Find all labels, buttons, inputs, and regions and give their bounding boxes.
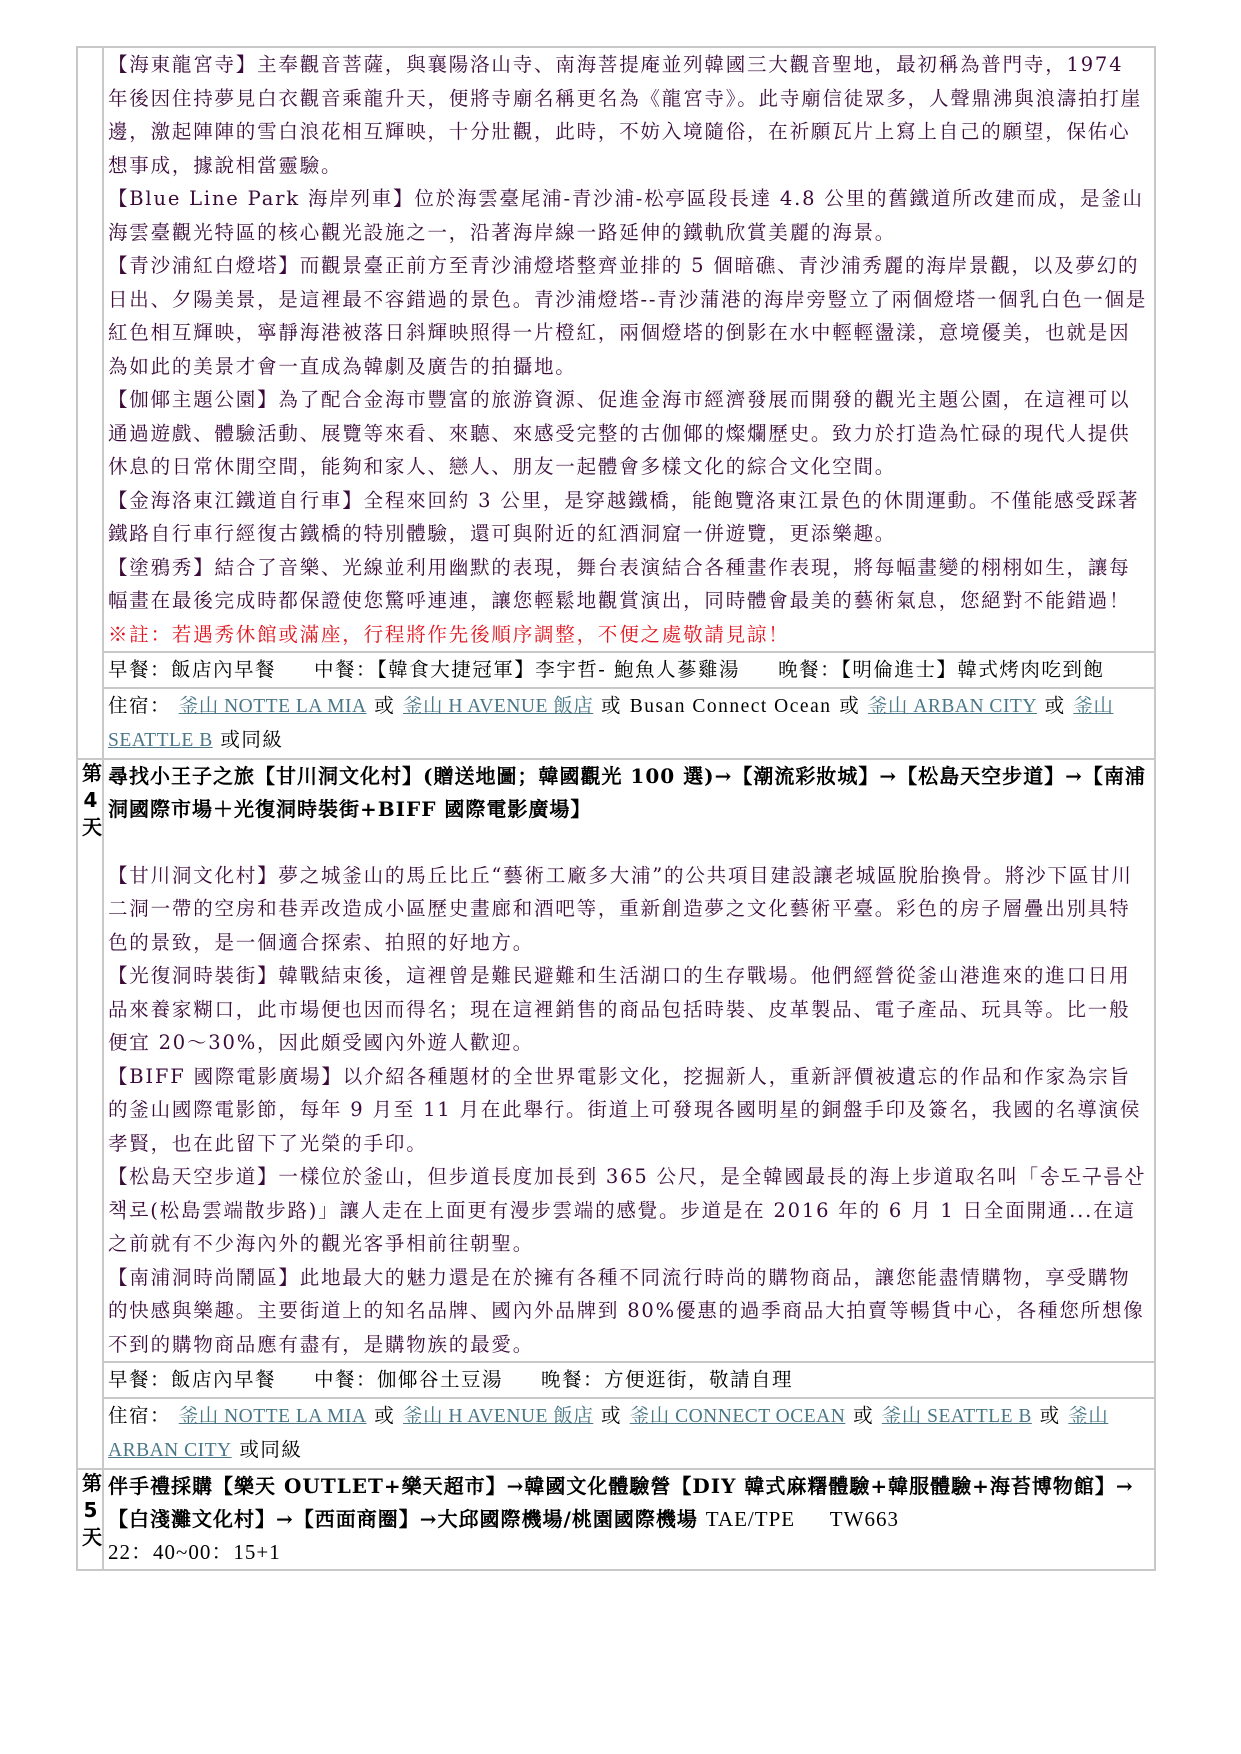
day4-attractions-row: 第 4 天 尋找小王子之旅【甘川洞文化村】(贈送地圖；韓國觀光 100 選)→【… bbox=[77, 759, 1155, 1363]
or-separator: 或 bbox=[374, 694, 395, 717]
attraction-name: 【海東龍宮寺】 bbox=[108, 53, 257, 76]
flight-time: 22：40~00：15+1 bbox=[108, 1540, 281, 1564]
hotel-busan-connect-ocean: Busan Connect Ocean bbox=[630, 696, 832, 717]
day3-meals-row: 早餐：飯店內早餐中餐：【韓食大捷冠軍】李宇哲- 鮑魚人蔘雞湯晚餐：【明倫進士】韓… bbox=[77, 652, 1155, 688]
attraction-name: 【Blue Line Park 海岸列車】 bbox=[108, 187, 414, 210]
or-separator: 或 bbox=[839, 694, 860, 717]
day3-label-cell bbox=[77, 47, 103, 759]
day4-label-cell: 第 4 天 bbox=[77, 759, 103, 1469]
attraction-name: 【松島天空步道】 bbox=[108, 1165, 278, 1188]
attraction-item: 【Blue Line Park 海岸列車】位於海雲臺尾浦-青沙浦-松亭區段長達 … bbox=[108, 182, 1151, 249]
or-separator: 或 bbox=[601, 694, 622, 717]
attraction-name: 【伽倻主題公園】 bbox=[108, 388, 278, 411]
dinner: 晚餐：【明倫進士】韓式烤肉吃到飽 bbox=[778, 658, 1104, 681]
hotel-link-arban-city[interactable]: 釜山 ARBAN CITY bbox=[868, 696, 1037, 717]
hotel-label: 住宿： bbox=[108, 1404, 171, 1427]
hotel-link-h-avenue[interactable]: 釜山 H AVENUE 飯店 bbox=[403, 1406, 593, 1427]
day-number: 4 bbox=[82, 787, 99, 814]
lunch: 中餐：伽倻谷土豆湯 bbox=[314, 1368, 503, 1391]
hotel-link-notte-la-mia[interactable]: 釜山 NOTTE LA MIA bbox=[179, 1406, 367, 1427]
day3-attractions-cell: 【海東龍宮寺】主奉觀音菩薩，與襄陽洛山寺、南海菩提庵並列韓國三大觀音聖地，最初稱… bbox=[103, 47, 1155, 652]
attraction-name: 【青沙浦紅白燈塔】 bbox=[108, 254, 300, 277]
itinerary-table: 【海東龍宮寺】主奉觀音菩薩，與襄陽洛山寺、南海菩提庵並列韓國三大觀音聖地，最初稱… bbox=[76, 46, 1156, 1571]
attraction-name: 【塗鴉秀】 bbox=[108, 556, 215, 579]
hotel-label: 住宿： bbox=[108, 694, 171, 717]
attraction-name: 【BIFF 國際電影廣場】 bbox=[108, 1065, 343, 1088]
day5-content-cell: 伴手禮採購【樂天 OUTLET+樂天超市】→韓國文化體驗營【DIY 韓式麻糬體驗… bbox=[103, 1469, 1155, 1570]
flight-number: TW663 bbox=[830, 1507, 899, 1531]
day3-meals-cell: 早餐：飯店內早餐中餐：【韓食大捷冠軍】李宇哲- 鮑魚人蔘雞湯晚餐：【明倫進士】韓… bbox=[103, 652, 1155, 688]
day3-attractions-row: 【海東龍宮寺】主奉觀音菩薩，與襄陽洛山寺、南海菩提庵並列韓國三大觀音聖地，最初稱… bbox=[77, 47, 1155, 652]
lunch: 中餐：【韓食大捷冠軍】李宇哲- 鮑魚人蔘雞湯 bbox=[314, 658, 740, 681]
attraction-name: 【金海洛東江鐵道自行車】 bbox=[108, 489, 364, 512]
or-separator: 或 bbox=[374, 1404, 395, 1427]
hotel-suffix: 或同級 bbox=[220, 728, 283, 751]
hotel-link-seattle-b[interactable]: 釜山 SEATTLE B bbox=[882, 1406, 1032, 1427]
attraction-item: 【金海洛東江鐵道自行車】全程來回約 3 公里，是穿越鐵橋，能飽覽洛東江景色的休閒… bbox=[108, 484, 1151, 551]
day-number: 5 bbox=[82, 1497, 99, 1524]
day-label-char: 天 bbox=[82, 814, 99, 841]
day3-hotel-row: 住宿： 釜山 NOTTE LA MIA 或 釜山 H AVENUE 飯店 或 B… bbox=[77, 688, 1155, 759]
hotel-suffix: 或同級 bbox=[239, 1438, 302, 1461]
attraction-item: 【BIFF 國際電影廣場】以介紹各種題材的全世界電影文化，挖掘新人，重新評價被遺… bbox=[108, 1060, 1151, 1161]
day5-title: 伴手禮採購【樂天 OUTLET+樂天超市】→韓國文化體驗營【DIY 韓式麻糬體驗… bbox=[108, 1474, 1134, 1531]
or-separator: 或 bbox=[853, 1404, 874, 1427]
itinerary-page: 【海東龍宮寺】主奉觀音菩薩，與襄陽洛山寺、南海菩提庵並列韓國三大觀音聖地，最初稱… bbox=[76, 46, 1156, 1571]
day5-label-cell: 第 5 天 bbox=[77, 1469, 103, 1570]
day4-hotel-row: 住宿： 釜山 NOTTE LA MIA 或 釜山 H AVENUE 飯店 或 釜… bbox=[77, 1398, 1155, 1469]
attraction-name: 【南浦洞時尚鬧區】 bbox=[108, 1266, 300, 1289]
day4-hotel-cell: 住宿： 釜山 NOTTE LA MIA 或 釜山 H AVENUE 飯店 或 釜… bbox=[103, 1398, 1155, 1469]
day3-hotel-cell: 住宿： 釜山 NOTTE LA MIA 或 釜山 H AVENUE 飯店 或 B… bbox=[103, 688, 1155, 759]
day4-content-cell: 尋找小王子之旅【甘川洞文化村】(贈送地圖；韓國觀光 100 選)→【潮流彩妝城】… bbox=[103, 759, 1155, 1363]
day5-row: 第 5 天 伴手禮採購【樂天 OUTLET+樂天超市】→韓國文化體驗營【DIY … bbox=[77, 1469, 1155, 1570]
attraction-text: 一樣位於釜山，但步道長度加長到 365 公尺，是全韓國最長的海上步道取名叫「 bbox=[278, 1165, 1040, 1188]
attraction-item: 【伽倻主題公園】為了配合金海市豐富的旅游資源、促進金海市經濟發展而開發的觀光主題… bbox=[108, 383, 1151, 484]
attraction-item: 【松島天空步道】一樣位於釜山，但步道長度加長到 365 公尺，是全韓國最長的海上… bbox=[108, 1160, 1151, 1261]
attraction-text: (松島雲端散步路)」讓人走在上面更有漫步雲端的感覺。步道是在 2016 年的 6… bbox=[108, 1199, 1136, 1256]
attraction-name: 【光復洞時裝街】 bbox=[108, 964, 278, 987]
hotel-link-connect-ocean[interactable]: 釜山 CONNECT OCEAN bbox=[630, 1406, 846, 1427]
hotel-link-notte-la-mia[interactable]: 釜山 NOTTE LA MIA bbox=[179, 696, 367, 717]
attraction-text: 結合了音樂、光線並利用幽默的表現，舞台表演結合各種畫作表現，將每幅畫變的栩栩如生… bbox=[108, 556, 1130, 613]
attraction-item: 【海東龍宮寺】主奉觀音菩薩，與襄陽洛山寺、南海菩提庵並列韓國三大觀音聖地，最初稱… bbox=[108, 48, 1151, 182]
day4-title: 尋找小王子之旅【甘川洞文化村】(贈送地圖；韓國觀光 100 選)→【潮流彩妝城】… bbox=[108, 760, 1151, 826]
breakfast: 早餐：飯店內早餐 bbox=[108, 1368, 276, 1391]
attraction-item: 【光復洞時裝街】韓戰結束後，這裡曾是難民避難和生活湖口的生存戰場。他們經營從釜山… bbox=[108, 959, 1151, 1060]
day4-meals-cell: 早餐：飯店內早餐中餐：伽倻谷土豆湯晚餐：方便逛街，敬請自理 bbox=[103, 1362, 1155, 1398]
day-label-char: 天 bbox=[82, 1524, 99, 1551]
day-label-char: 第 bbox=[82, 1470, 99, 1497]
dinner: 晚餐：方便逛街，敬請自理 bbox=[541, 1368, 793, 1391]
attraction-name: 【甘川洞文化村】 bbox=[108, 864, 278, 887]
or-separator: 或 bbox=[1040, 1404, 1061, 1427]
schedule-note: ※註：若遇秀休館或滿座，行程將作先後順序調整，不便之處敬請見諒！ bbox=[108, 623, 790, 646]
attraction-item: 【青沙浦紅白燈塔】而觀景臺正前方至青沙浦燈塔整齊並排的 5 個暗礁、青沙浦秀麗的… bbox=[108, 249, 1151, 383]
flight-route: TAE/TPE bbox=[706, 1507, 795, 1531]
attraction-item: 【塗鴉秀】結合了音樂、光線並利用幽默的表現，舞台表演結合各種畫作表現，將每幅畫變… bbox=[108, 551, 1151, 652]
attraction-text: 主奉觀音菩薩，與襄陽洛山寺、南海菩提庵並列韓國三大觀音聖地，最初稱為普門寺，19… bbox=[108, 53, 1142, 177]
day4-meals-row: 早餐：飯店內早餐中餐：伽倻谷土豆湯晚餐：方便逛街，敬請自理 bbox=[77, 1362, 1155, 1398]
breakfast: 早餐：飯店內早餐 bbox=[108, 658, 276, 681]
or-separator: 或 bbox=[601, 1404, 622, 1427]
attraction-item: 【南浦洞時尚鬧區】此地最大的魅力還是在於擁有各種不同流行時尚的購物商品，讓您能盡… bbox=[108, 1261, 1151, 1362]
day-label-char: 第 bbox=[82, 760, 99, 787]
or-separator: 或 bbox=[1045, 694, 1066, 717]
attraction-item: 【甘川洞文化村】夢之城釜山的馬丘比丘“藝術工廠多大浦”的公共項目建設讓老城區脫胎… bbox=[108, 859, 1151, 960]
hotel-link-h-avenue[interactable]: 釜山 H AVENUE 飯店 bbox=[403, 696, 593, 717]
